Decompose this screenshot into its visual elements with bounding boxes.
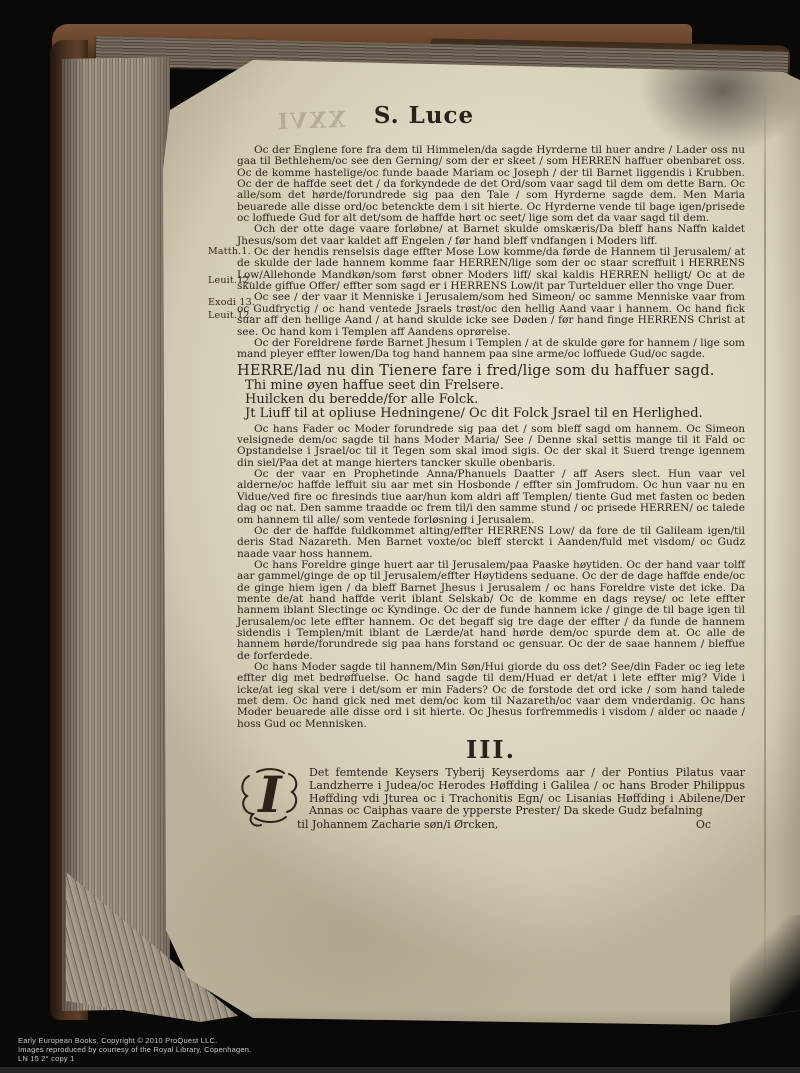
- bottom-strip: [0, 1067, 800, 1073]
- scan-credit-caption: Early European Books, Copyright © 2010 P…: [18, 1036, 438, 1063]
- paragraph: Oc der Englene fore fra dem til Himmelen…: [237, 145, 745, 224]
- canticle-line: Huilcken du beredde/for alle Folck.: [237, 393, 745, 407]
- canticle-of-simeon: HERRE/lad nu din Tienere fare i fred/lig…: [237, 363, 745, 422]
- book-page: XXVI S. Luce Matth.1. Leuit.12. Exodi 13…: [158, 50, 800, 1035]
- paragraph: Oc der hendis renselsis dage effter Mose…: [237, 247, 745, 292]
- paragraph: Oc hans Moder sagde til hannem/Min Søn/H…: [237, 662, 745, 730]
- paragraph: Oc der vaar en Prophetinde Anna/Phanuels…: [237, 469, 745, 526]
- canticle-line: Thi mine øyen haffue seet din Frelsere.: [237, 379, 745, 393]
- chapter-text: Det femtende Keysers Tyberij Keyserdoms …: [309, 766, 745, 817]
- page-shading-bottom: [158, 1009, 800, 1035]
- running-head: S. Luce: [354, 102, 494, 129]
- paragraph: Oc der de haffde fuldkommet alting/effte…: [237, 526, 745, 560]
- paragraph: Och der otte dage vaare forløbne/ at Bar…: [237, 224, 745, 247]
- credit-line-1: Early European Books, Copyright © 2010 P…: [18, 1036, 438, 1045]
- page-shading-right: [774, 50, 800, 1035]
- chapter-heading: III.: [237, 737, 745, 763]
- credit-line-3: LN 15 2° copy 1: [18, 1054, 438, 1063]
- paragraph: Oc hans Foreldre ginge huert aar til Jer…: [237, 560, 745, 662]
- chapter-paragraph: I Det femtende Keysers Tyberij Keyserdom…: [237, 767, 745, 831]
- text-block: Oc der Englene fore fra dem til Himmelen…: [237, 145, 745, 831]
- paragraph: Oc der Foreldrene førde Barnet Jhesum i …: [237, 338, 745, 361]
- catchword: Oc: [696, 818, 711, 831]
- paragraph: Oc hans Fader oc Moder forundrede sig pa…: [237, 424, 745, 469]
- page-crease: [764, 90, 766, 990]
- showthrough-folio-number: XXVI: [276, 107, 346, 135]
- canticle-line: HERRE/lad nu din Tienere fare i fred/lig…: [237, 363, 745, 379]
- paragraph: Oc see / der vaar it Menniske i Jerusale…: [237, 292, 745, 337]
- page-stack-fore-edge: [62, 57, 170, 1011]
- canticle-line: Jt Liuff til at opliuse Hedningene/ Oc d…: [237, 407, 745, 421]
- drop-cap-letter: I: [256, 765, 283, 824]
- credit-line-2: Images reproduced by courtesy of the Roy…: [18, 1045, 438, 1054]
- ornate-initial: I: [237, 768, 303, 816]
- gutter-shadow: [730, 915, 800, 1035]
- chapter-last-line: til Johannem Zacharie søn/i Ørcken,: [297, 818, 498, 831]
